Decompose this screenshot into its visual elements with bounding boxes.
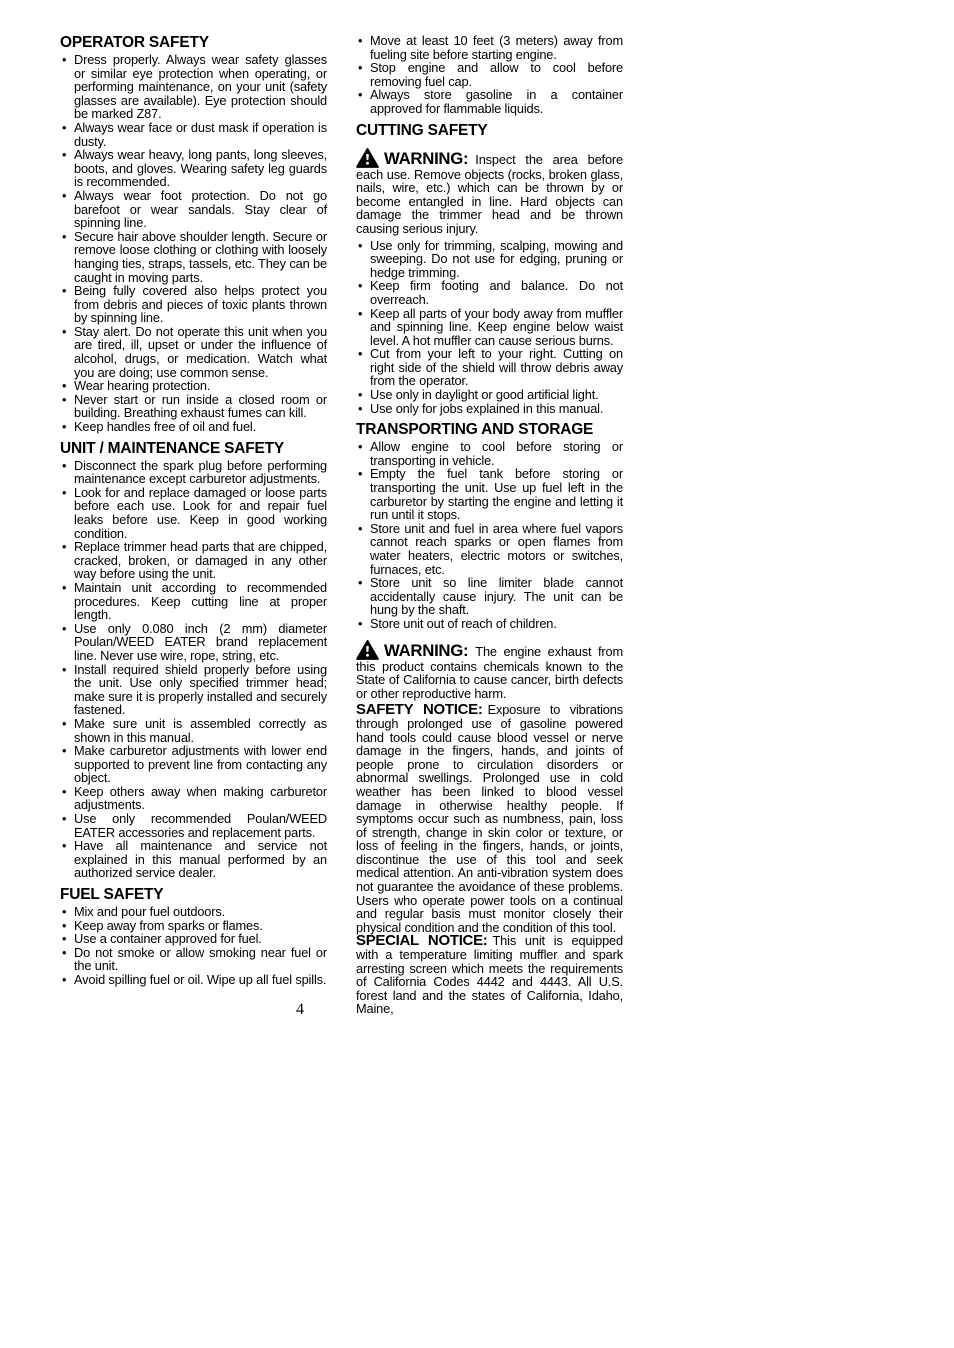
document-page: OPERATOR SAFETY Dress properly. Always w… xyxy=(0,0,954,1348)
warning-label: WARNING: xyxy=(384,641,468,660)
section-heading-cutting-safety: CUTTING SAFETY xyxy=(356,122,623,139)
list-item: Cut from your left to your right. Cuttin… xyxy=(356,347,623,388)
list-item: Dress properly. Always wear safety glass… xyxy=(60,53,327,121)
list-item: Never start or run inside a closed room … xyxy=(60,393,327,420)
list-item: Stay alert. Do not operate this unit whe… xyxy=(60,325,327,379)
list-item: Always wear foot protection. Do not go b… xyxy=(60,189,327,230)
list-item: Wear hearing protection. xyxy=(60,379,327,393)
list-item: Move at least 10 feet (3 meters) away fr… xyxy=(356,34,623,61)
list-item: Replace trimmer head parts that are chip… xyxy=(60,540,327,581)
list-item: Store unit and fuel in area where fuel v… xyxy=(356,522,623,576)
list-item: Use only recommended Poulan/WEED EATER a… xyxy=(60,812,327,839)
list-item: Avoid spilling fuel or oil. Wipe up all … xyxy=(60,973,327,987)
list-item: Being fully covered also helps protect y… xyxy=(60,284,327,325)
list-item: Secure hair above shoulder length. Secur… xyxy=(60,230,327,284)
list-item: Make carburetor adjustments with lower e… xyxy=(60,744,327,785)
list-item: Keep away from sparks or flames. xyxy=(60,919,327,933)
cutting-safety-warning-block: WARNING:Inspect the area before each use… xyxy=(356,148,623,236)
list-item: Empty the fuel tank before storing or tr… xyxy=(356,467,623,521)
list-item: Always wear face or dust mask if operati… xyxy=(60,121,327,148)
list-item: Always store gasoline in a container app… xyxy=(356,88,623,115)
list-item: Look for and replace damaged or loose pa… xyxy=(60,486,327,540)
list-item: Keep firm footing and balance. Do not ov… xyxy=(356,279,623,306)
list-item: Keep all parts of your body away from mu… xyxy=(356,307,623,348)
cutting-safety-list: Use only for trimming, scalping, mowing … xyxy=(356,239,623,416)
list-item: Use only for trimming, scalping, mowing … xyxy=(356,239,623,280)
warning-triangle-icon xyxy=(356,640,379,660)
page-number: 4 xyxy=(296,1001,304,1019)
unit-maintenance-safety-list: Disconnect the spark plug before perform… xyxy=(60,459,327,880)
right-column: Move at least 10 feet (3 meters) away fr… xyxy=(356,34,623,1016)
section-heading-unit-maintenance-safety: UNIT / MAINTENANCE SAFETY xyxy=(60,440,327,457)
fuel-safety-list: Mix and pour fuel outdoors. Keep away fr… xyxy=(60,905,327,987)
special-notice-block: SPECIAL NOTICE:This unit is equipped wit… xyxy=(356,934,623,1016)
list-item: Make sure unit is assembled correctly as… xyxy=(60,717,327,744)
list-item: Allow engine to cool before storing or t… xyxy=(356,440,623,467)
transporting-and-storage-list: Allow engine to cool before storing or t… xyxy=(356,440,623,630)
list-item: Stop engine and allow to cool before rem… xyxy=(356,61,623,88)
list-item: Disconnect the spark plug before perform… xyxy=(60,459,327,486)
list-item: Have all maintenance and service not exp… xyxy=(60,839,327,880)
list-item: Do not smoke or allow smoking near fuel … xyxy=(60,946,327,973)
list-item: Store unit so line limiter blade cannot … xyxy=(356,576,623,617)
safety-notice-block: SAFETY NOTICE:Exposure to vibrations thr… xyxy=(356,703,623,934)
list-item: Always wear heavy, long pants, long slee… xyxy=(60,148,327,189)
fuel-safety-continued-list: Move at least 10 feet (3 meters) away fr… xyxy=(356,34,623,116)
section-heading-operator-safety: OPERATOR SAFETY xyxy=(60,34,327,51)
list-item: Use a container approved for fuel. xyxy=(60,932,327,946)
safety-notice-text: Exposure to vibrations through prolonged… xyxy=(356,702,623,935)
operator-safety-list: Dress properly. Always wear safety glass… xyxy=(60,53,327,434)
left-column: OPERATOR SAFETY Dress properly. Always w… xyxy=(60,34,327,987)
list-item: Mix and pour fuel outdoors. xyxy=(60,905,327,919)
list-item: Use only 0.080 inch (2 mm) diameter Poul… xyxy=(60,622,327,663)
list-item: Maintain unit according to recommended p… xyxy=(60,581,327,622)
list-item: Keep handles free of oil and fuel. xyxy=(60,420,327,434)
list-item: Install required shield properly before … xyxy=(60,663,327,717)
warning-triangle-icon xyxy=(356,148,379,168)
list-item: Keep others away when making carburetor … xyxy=(60,785,327,812)
list-item: Store unit out of reach of children. xyxy=(356,617,623,631)
warning-label: WARNING: xyxy=(384,149,468,168)
list-item: Use only for jobs explained in this manu… xyxy=(356,402,623,416)
exhaust-warning-block: WARNING:The engine exhaust from this pro… xyxy=(356,640,623,701)
section-heading-fuel-safety: FUEL SAFETY xyxy=(60,886,327,903)
list-item: Use only in daylight or good artificial … xyxy=(356,388,623,402)
section-heading-transporting-and-storage: TRANSPORTING AND STORAGE xyxy=(356,421,623,438)
